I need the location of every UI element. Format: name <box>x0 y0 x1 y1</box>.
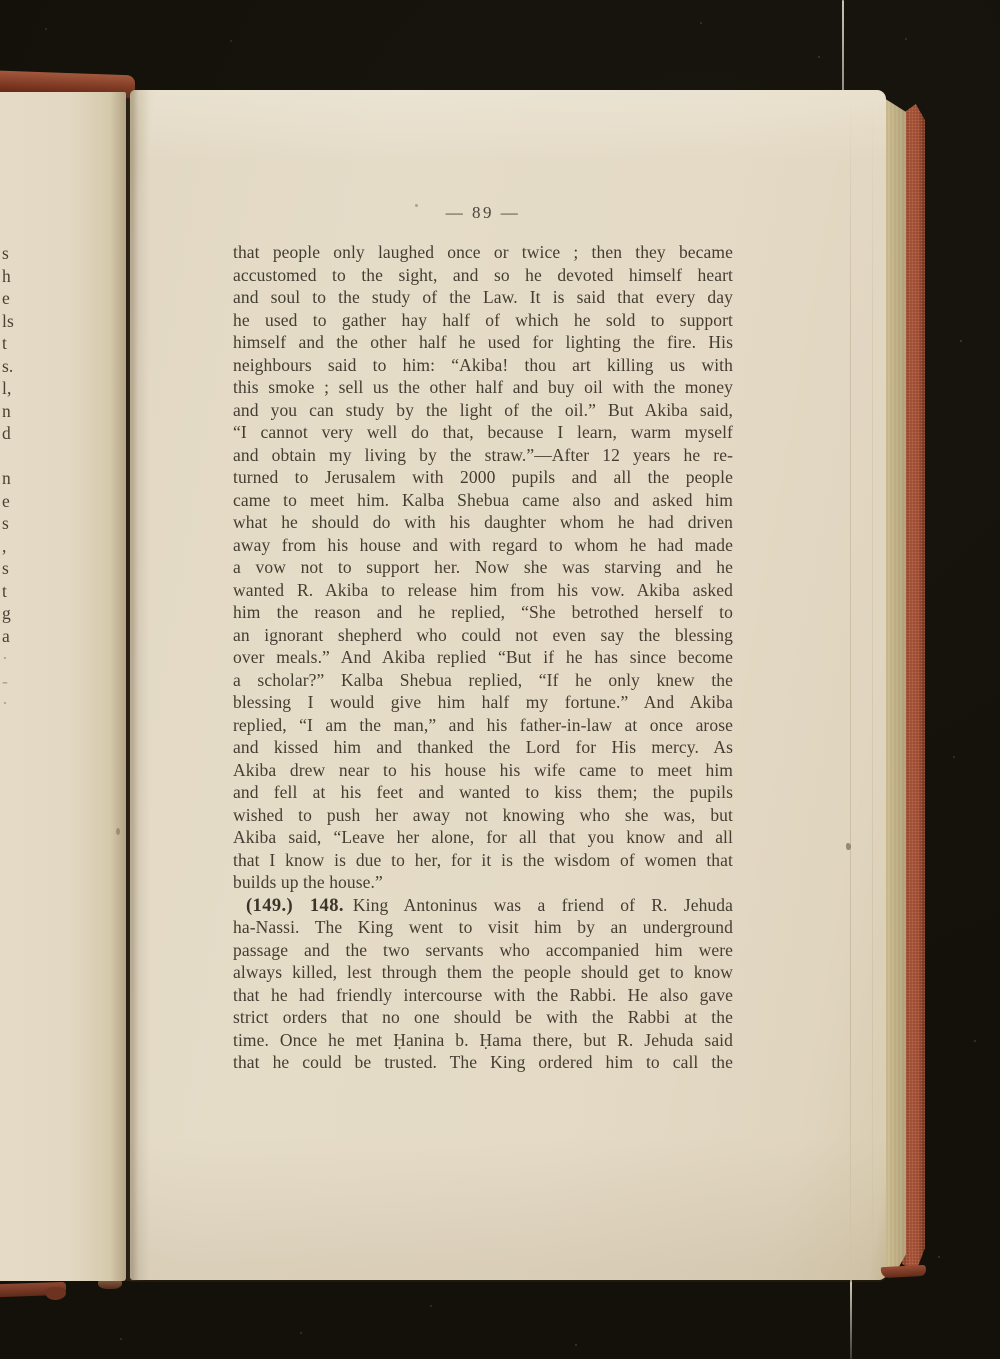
fragment-line: g <box>2 602 32 625</box>
paper-speck <box>846 843 851 850</box>
fragment-line: a <box>2 625 32 648</box>
facing-page-text-fragments: shelsts.l,ndnes,stga·-· <box>2 242 32 715</box>
text-line: over meals.” And Akiba replied “But if h… <box>233 646 733 669</box>
text-line: Akiba drew near to his house his wife ca… <box>233 759 733 782</box>
text-line: that people only laughed once or twice ;… <box>233 241 733 264</box>
text-line: (149.) 148.King Antoninus was a friend o… <box>233 894 733 917</box>
text-line: turned to Jerusalem with 2000 pupils and… <box>233 466 733 489</box>
text-line: him the reason and he replied, “She betr… <box>233 601 733 624</box>
page-number: — 89 — <box>233 203 733 226</box>
cradle-string-top <box>842 0 844 93</box>
fragment-line: ls <box>2 310 32 333</box>
fragment-line: s <box>2 512 32 535</box>
page-crease-line <box>850 90 851 1280</box>
book-cover-bottom-right-wrap <box>881 1265 927 1278</box>
photographed-book-scene: shelsts.l,ndnes,stga·-· — 89 — that peop… <box>0 0 1000 1359</box>
dust-specks <box>0 0 2 2</box>
book-gutter-shadow <box>110 90 150 1281</box>
fragment-line: n <box>2 467 32 490</box>
text-line: neighbours said to him: “Akiba! thou art… <box>233 354 733 377</box>
text-line: passage and the two servants who accompa… <box>233 939 733 962</box>
fragment-line: e <box>2 490 32 513</box>
fore-edge-page-stack <box>884 98 906 1278</box>
text-line: came to meet him. Kalba Shebua came also… <box>233 489 733 512</box>
fragment-line: , <box>2 535 32 558</box>
text-line: he used to gather hay half of which he s… <box>233 309 733 332</box>
text-line: himself and the other half he used for l… <box>233 331 733 354</box>
text-line: time. Once he met Ḥanina b. Ḥama there, … <box>233 1029 733 1052</box>
text-line: wanted R. Akiba to release him from his … <box>233 579 733 602</box>
text-line: away from his house and with regard to w… <box>233 534 733 557</box>
text-line: that he could be trusted. The King order… <box>233 1051 733 1074</box>
text-line: that I know is due to her, for it is the… <box>233 849 733 872</box>
book-cover-bottom-left-tip <box>46 1287 66 1300</box>
text-line: always killed, lest through them the peo… <box>233 961 733 984</box>
text-line: replied, “I am the man,” and his father-… <box>233 714 733 737</box>
text-line: an ignorant shepherd who could not even … <box>233 624 733 647</box>
text-line: Akiba said, “Leave her alone, for all th… <box>233 826 733 849</box>
cradle-string-bottom <box>850 1277 852 1359</box>
text-line: strict orders that no one should be with… <box>233 1006 733 1029</box>
text-line: accustomed to the sight, and so he devot… <box>233 264 733 287</box>
text-line: and soul to the study of the Law. It is … <box>233 286 733 309</box>
fragment-line: e <box>2 287 32 310</box>
text-line: a vow not to support her. Now she was st… <box>233 556 733 579</box>
fragment-line: d <box>2 422 32 445</box>
page-crease-line <box>872 90 873 1280</box>
text-line: builds up the house.” <box>233 871 733 894</box>
fragment-line: · <box>2 692 32 715</box>
fragment-line <box>2 445 32 468</box>
text-line: blessing I would give him half my fortun… <box>233 691 733 714</box>
text-line: and kissed him and thanked the Lord for … <box>233 736 733 759</box>
fragment-line: h <box>2 265 32 288</box>
book-page: — 89 — that people only laughed once or … <box>130 90 886 1280</box>
text-line: and obtain my living by the straw.”—Afte… <box>233 444 733 467</box>
text-line-content: King Antoninus was a friend of R. Jehuda <box>353 895 733 915</box>
text-line: “I cannot very well do that, because I l… <box>233 421 733 444</box>
fragment-line: s <box>2 242 32 265</box>
facing-page-edge: shelsts.l,ndnes,stga·-· <box>0 92 126 1281</box>
text-line: that he had friendly intercourse with th… <box>233 984 733 1007</box>
fragment-line: s <box>2 557 32 580</box>
page-text: that people only laughed once or twice ;… <box>233 241 733 1074</box>
text-line: ha-Nassi. The King went to visit him by … <box>233 916 733 939</box>
fragment-line: t <box>2 332 32 355</box>
fragment-line: n <box>2 400 32 423</box>
fragment-line: · <box>2 647 32 670</box>
fragment-line: - <box>2 670 32 693</box>
fragment-line: l, <box>2 377 32 400</box>
text-line: a scholar?” Kalba Shebua replied, “If he… <box>233 669 733 692</box>
text-line: this smoke ; sell us the other half and … <box>233 376 733 399</box>
text-line: wished to push her away not knowing who … <box>233 804 733 827</box>
text-line: and you can study by the light of the oi… <box>233 399 733 422</box>
fragment-line: s. <box>2 355 32 378</box>
fragment-line: t <box>2 580 32 603</box>
text-line: and fell at his feet and wanted to kiss … <box>233 781 733 804</box>
text-line: what he should do with his daughter whom… <box>233 511 733 534</box>
section-number: (149.) 148. <box>246 896 344 916</box>
